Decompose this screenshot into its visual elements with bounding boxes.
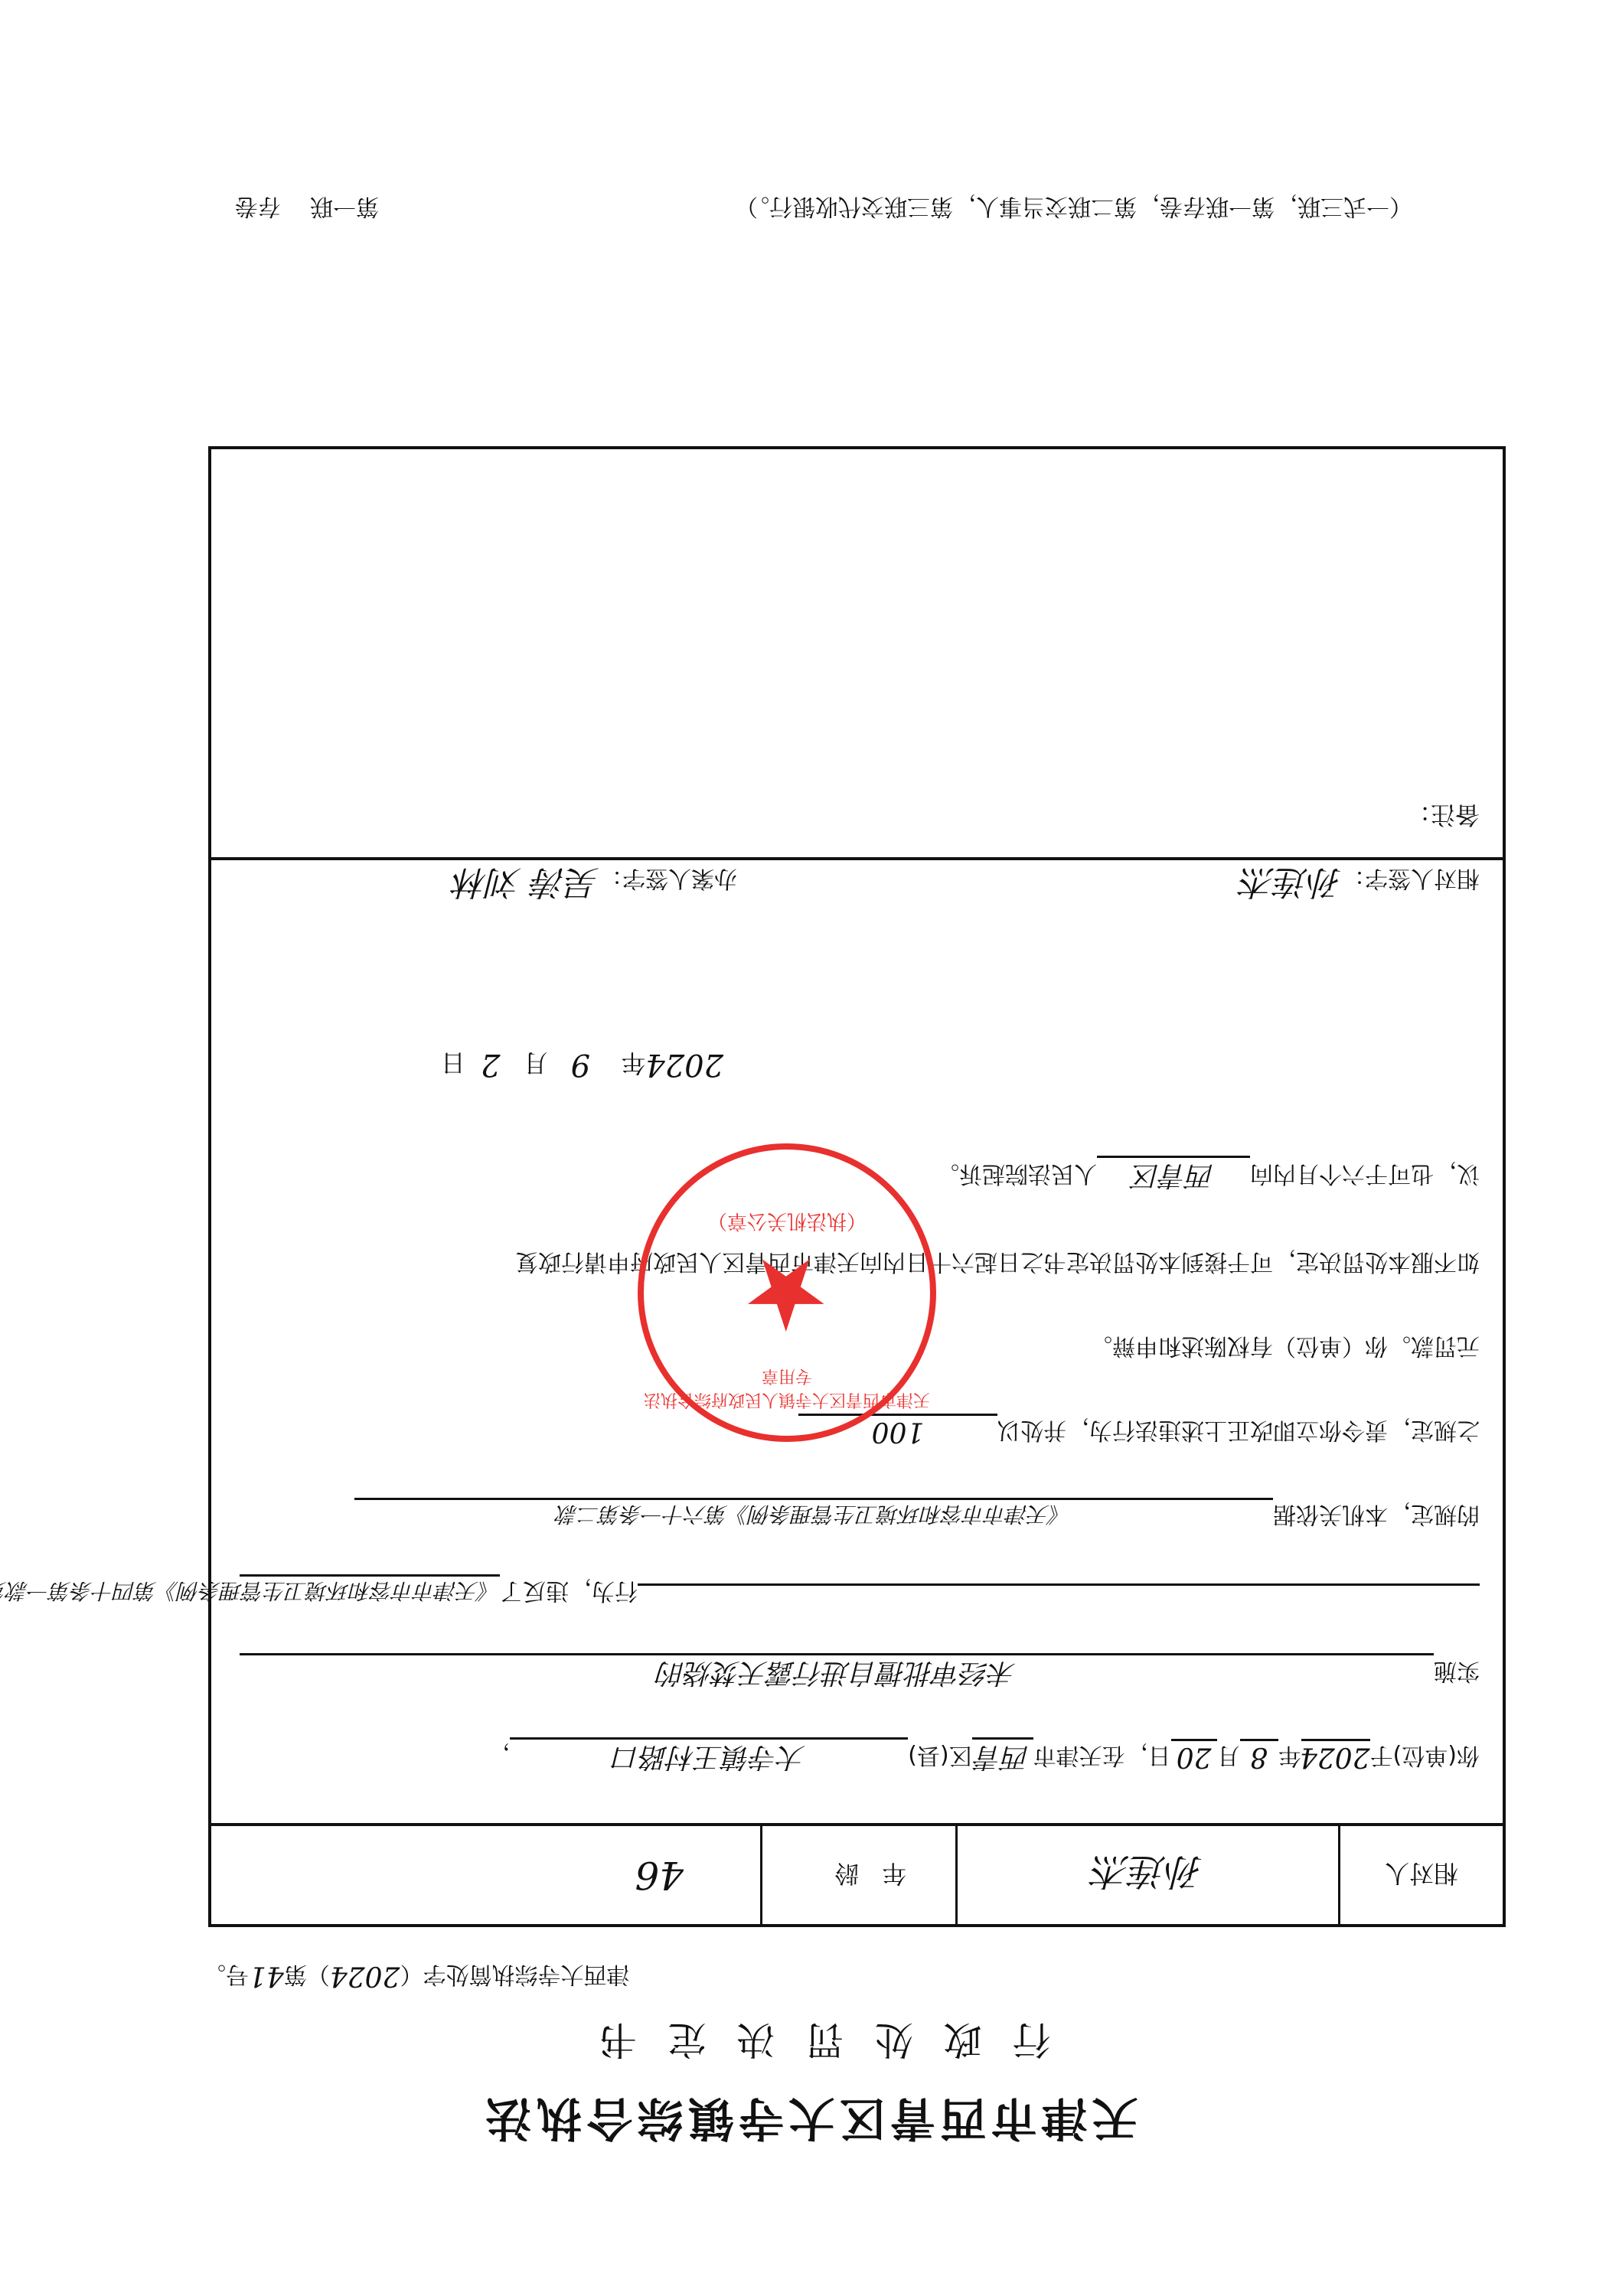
seal-ring-text: 天津市西青区大寺镇人民政府综合执法专用章 xyxy=(644,1365,930,1413)
body-line-6: 元罚款。你（单位）有权陈述和申辩。 xyxy=(1089,1332,1480,1365)
date-day: 2 xyxy=(481,1047,500,1082)
decision-date: 2024年 9月 2日 xyxy=(441,1047,723,1082)
body-line-4: 的规定，本机关依据《天津市市容和环境卫生管理条例》第六十一条第二款 xyxy=(354,1498,1480,1534)
court-name: 西青区 xyxy=(1097,1156,1250,1197)
text: 行为，违反了 xyxy=(500,1577,638,1604)
violation-location: 大寺镇王村路口 xyxy=(510,1737,908,1779)
doc-number-value: 41 xyxy=(249,1960,284,1991)
text: 年 xyxy=(621,1049,645,1078)
remarks-section: 备注： xyxy=(211,758,1503,860)
violation-year: 2024 xyxy=(1301,1739,1370,1773)
document-subtitle: 行政处罚决定书 xyxy=(0,2015,1619,2070)
penalty-decision-document: 天津市西青区大寺镇综合执法 行政处罚决定书 津西大寺综执简处字（2024）第41… xyxy=(0,0,1619,2296)
text: 月 xyxy=(1217,1742,1240,1769)
law-basis: 《天津市市容和环境卫生管理条例》第六十一条第二款 xyxy=(354,1498,1273,1531)
law-violated: 《天津市市容和环境卫生管理条例》第四十条第一款第(2)项 xyxy=(240,1574,500,1607)
doc-number-suffix: 号。 xyxy=(203,1961,249,1988)
text: 日，在天津市 xyxy=(1033,1742,1171,1769)
text: 议，也可于六个月内向 xyxy=(1250,1160,1480,1187)
party-row: 相对人 孙连杰 年龄 46 xyxy=(211,1823,1503,1924)
officer-signature: 办案人签字：吴涛 刘林 xyxy=(454,861,737,910)
remarks-label: 备注： xyxy=(1406,799,1480,834)
document-title: 天津市西青区大寺镇综合执法 xyxy=(0,2089,1619,2154)
violation-district: 西青 xyxy=(972,1737,1033,1779)
doc-number-prefix: 津西大寺综执简处字（ xyxy=(400,1961,629,1988)
text: 存卷 xyxy=(235,193,281,220)
text: 第一联 xyxy=(310,193,379,220)
star-icon: ★ xyxy=(741,1244,831,1344)
text: 你(单位)于 xyxy=(1370,1742,1480,1769)
text: 办案人签字： xyxy=(599,865,737,892)
body-line-2: 实施未经审批擅自进行露天焚烧的 xyxy=(240,1653,1480,1694)
body-line-3: 行为，违反了《天津市市容和环境卫生管理条例》第四十条第一款第(2)项 xyxy=(240,1574,1480,1610)
text: 的规定，本机关依据 xyxy=(1273,1501,1480,1528)
text: 实施 xyxy=(1434,1658,1480,1684)
violation-month: 8 xyxy=(1240,1739,1278,1773)
party-label: 相对人 xyxy=(1338,1826,1503,1924)
age-value: 46 xyxy=(209,1826,760,1924)
text: 区(县) xyxy=(908,1742,971,1769)
text: 相对人签字： xyxy=(1342,865,1480,892)
officer-signature-value: 吴涛 刘林 xyxy=(454,863,599,902)
date-year: 2024 xyxy=(645,1047,723,1082)
age-label: 年龄 xyxy=(760,1826,955,1924)
document-number: 津西大寺综执简处字（2024）第41号。 xyxy=(203,1960,629,1994)
date-month: 9 xyxy=(571,1047,590,1082)
official-seal: 天津市西青区大寺镇人民政府综合执法专用章 ★ （执法机关公章） xyxy=(638,1143,936,1442)
violation-description: 未经审批擅自进行露天焚烧的 xyxy=(240,1653,1434,1694)
text: 之规定，责令你立即改正上述违法行为，并处以 xyxy=(997,1417,1480,1443)
body-line-5: 之规定，责令你立即改正上述违法行为，并处以100 xyxy=(798,1414,1480,1450)
doc-number-year: 2024 xyxy=(330,1960,400,1991)
body-line-1: 你(单位)于2024年8月20日，在天津市西青区(县)大寺镇王村路口， xyxy=(487,1737,1480,1779)
text: 月 xyxy=(524,1049,548,1078)
text: 日 xyxy=(441,1049,465,1078)
form-frame: 相对人 孙连杰 年龄 46 你(单位)于2024年8月20日，在天津市西青区(县… xyxy=(208,446,1506,1927)
text: 年 xyxy=(1278,1742,1301,1769)
doc-number-middle: ）第 xyxy=(284,1961,330,1988)
seal-label: （执法机关公章） xyxy=(644,1208,930,1237)
footer-note: （一式三联，第一联存卷，第二联交当事人，第三联交代收银行。） xyxy=(735,192,1412,226)
party-signature-value: 孙连杰 xyxy=(1241,863,1342,902)
text: 人民法院起诉。 xyxy=(936,1160,1097,1187)
violation-day: 20 xyxy=(1171,1739,1217,1773)
appeal-line-2: 议，也可于六个月内向西青区人民法院起诉。 xyxy=(936,1156,1480,1197)
party-signature: 相对人签字：孙连杰 xyxy=(1241,861,1480,910)
party-name: 孙连杰 xyxy=(955,1826,1338,1924)
footer-copy: 第一联 存卷 xyxy=(235,192,379,226)
